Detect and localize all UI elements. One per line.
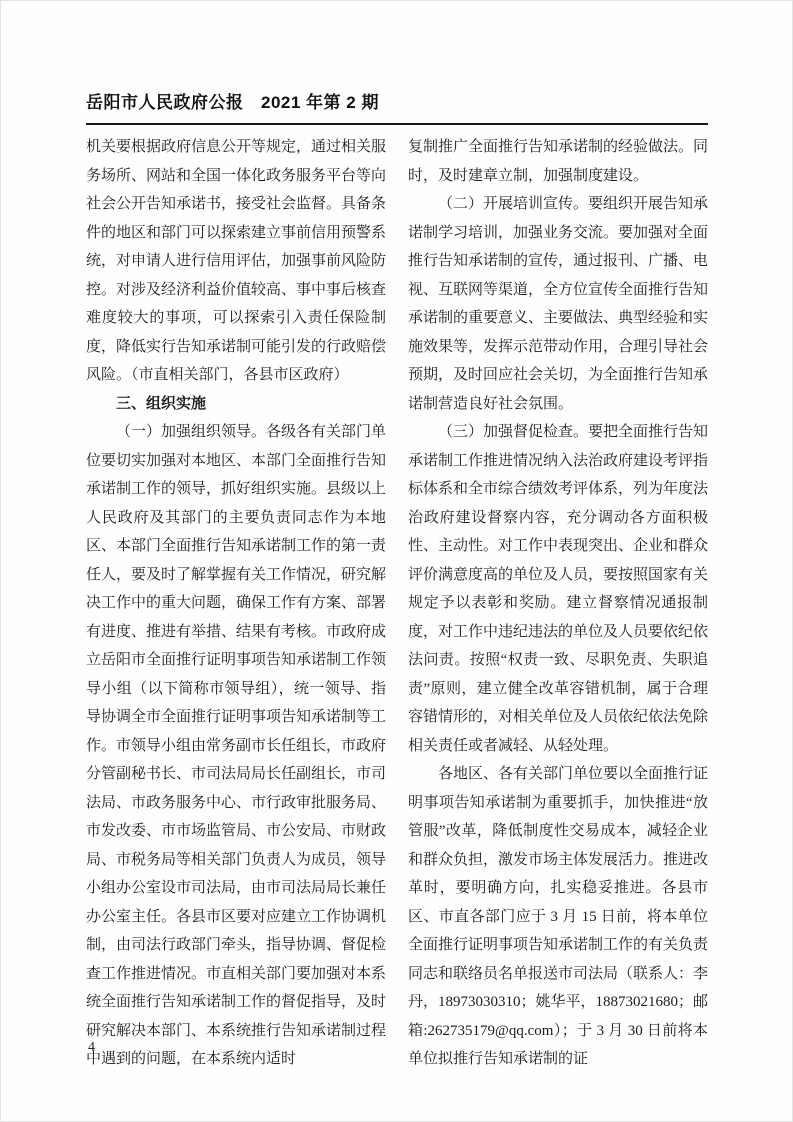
- two-column-body: 机关要根据政府信息公开等规定，通过相关服务场所、网站和全国一体化政务服务平台等向…: [86, 133, 708, 1074]
- right-column: 复制推广全面推行告知承诺制的经验做法。同时，及时建章立制，加强制度建设。 （二）…: [408, 133, 708, 1074]
- page-number: 4: [88, 1038, 95, 1058]
- paragraph-training-publicity: （二）开展培训宣传。要组织开展告知承诺制学习培训，加强业务交流。要加强对全面推行…: [408, 190, 708, 418]
- paragraph-regional-requirements: 各地区、各有关部门单位要以全面推行证明事项告知承诺制为重要抓手，加快推进“放管服…: [408, 760, 708, 1074]
- paragraph-supervision-inspection: （三）加强督促检查。要把全面推行告知承诺制工作推进情况纳入法治政府建设考评指标体…: [408, 418, 708, 760]
- gazette-page: 岳阳市人民政府公报 2021 年第 2 期 机关要根据政府信息公开等规定，通过相…: [0, 0, 793, 1122]
- paragraph-strengthen-leadership: （一）加强组织领导。各级各有关部门单位要切实加强对本地区、本部门全面推行告知承诺…: [86, 418, 386, 1074]
- section-heading-organization: 三、组织实施: [86, 390, 386, 419]
- paragraph-continuation: 复制推广全面推行告知承诺制的经验做法。同时，及时建章立制，加强制度建设。: [408, 133, 708, 190]
- left-column: 机关要根据政府信息公开等规定，通过相关服务场所、网站和全国一体化政务服务平台等向…: [86, 133, 386, 1074]
- page-content: 岳阳市人民政府公报 2021 年第 2 期 机关要根据政府信息公开等规定，通过相…: [86, 92, 708, 1074]
- page-header-title: 岳阳市人民政府公报 2021 年第 2 期: [86, 92, 708, 125]
- paragraph-continuation: 机关要根据政府信息公开等规定，通过相关服务场所、网站和全国一体化政务服务平台等向…: [86, 133, 386, 390]
